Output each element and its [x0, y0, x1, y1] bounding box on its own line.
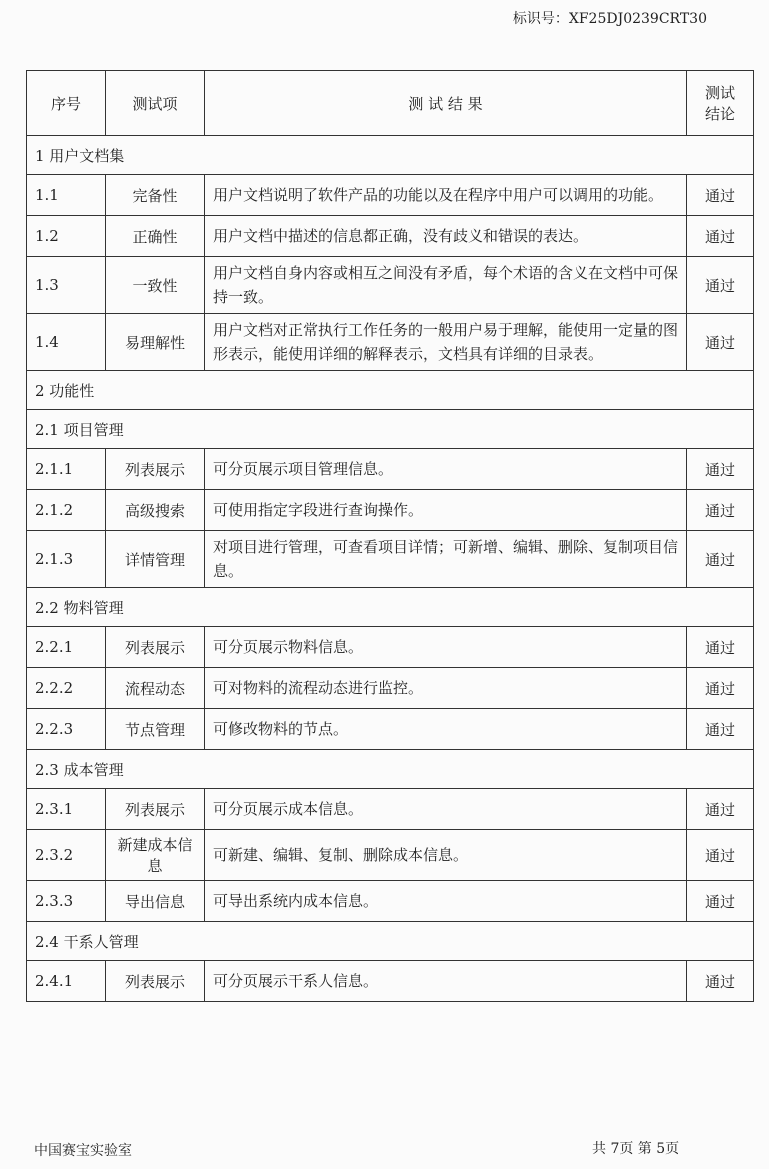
table-row: 2.3.3 导出信息 可导出系统内成本信息。 通过: [27, 881, 754, 922]
col-no-header: 序号: [27, 71, 106, 136]
row-result: 对项目进行管理，可查看项目详情；可新增、编辑、删除、复制项目信息。: [205, 531, 687, 588]
row-conclusion: 通过: [687, 668, 754, 709]
row-no: 2.2.1: [27, 627, 106, 668]
table-row: 2.2.3 节点管理 可修改物料的节点。 通过: [27, 709, 754, 750]
section-row: 2.3 成本管理: [27, 750, 754, 789]
row-result: 用户文档自身内容或相互之间没有矛盾，每个术语的含义在文档中可保持一致。: [205, 257, 687, 314]
col-result-header: 测 试 结 果: [205, 71, 687, 136]
footer-page-number: 共 7页 第 5页: [592, 1138, 679, 1158]
section-title: 2.4 干系人管理: [27, 922, 754, 961]
section-title: 2 功能性: [27, 371, 754, 410]
section-row: 2 功能性: [27, 371, 754, 410]
row-result: 用户文档中描述的信息都正确，没有歧义和错误的表达。: [205, 216, 687, 257]
row-item: 新建成本信息: [106, 830, 205, 881]
row-result: 可使用指定字段进行查询操作。: [205, 490, 687, 531]
row-no: 2.3.1: [27, 789, 106, 830]
row-result: 可分页展示成本信息。: [205, 789, 687, 830]
row-result: 可分页展示物料信息。: [205, 627, 687, 668]
section-row: 2.4 干系人管理: [27, 922, 754, 961]
row-item: 列表展示: [106, 789, 205, 830]
row-no: 2.3.2: [27, 830, 106, 881]
row-conclusion: 通过: [687, 449, 754, 490]
row-no: 2.1.3: [27, 531, 106, 588]
row-item: 正确性: [106, 216, 205, 257]
row-item: 列表展示: [106, 961, 205, 1002]
row-conclusion: 通过: [687, 175, 754, 216]
section-title: 1 用户文档集: [27, 136, 754, 175]
row-result: 可分页展示干系人信息。: [205, 961, 687, 1002]
row-no: 2.4.1: [27, 961, 106, 1002]
row-item: 详情管理: [106, 531, 205, 588]
table-row: 1.2 正确性 用户文档中描述的信息都正确，没有歧义和错误的表达。 通过: [27, 216, 754, 257]
row-conclusion: 通过: [687, 961, 754, 1002]
col-conclusion-header: 测试结论: [687, 71, 754, 136]
row-conclusion: 通过: [687, 314, 754, 371]
table-row: 2.4.1 列表展示 可分页展示干系人信息。 通过: [27, 961, 754, 1002]
row-no: 1.2: [27, 216, 106, 257]
row-no: 2.1.2: [27, 490, 106, 531]
row-conclusion: 通过: [687, 881, 754, 922]
row-conclusion: 通过: [687, 627, 754, 668]
test-results-table: 序号 测试项 测 试 结 果 测试结论 1 用户文档集1.1 完备性 用户文档说…: [26, 70, 754, 1002]
row-no: 1.4: [27, 314, 106, 371]
row-conclusion: 通过: [687, 257, 754, 314]
row-item: 完备性: [106, 175, 205, 216]
row-item: 列表展示: [106, 627, 205, 668]
col-item-header: 测试项: [106, 71, 205, 136]
row-no: 1.1: [27, 175, 106, 216]
table-row: 2.3.2 新建成本信息 可新建、编辑、复制、删除成本信息。 通过: [27, 830, 754, 881]
table-row: 2.1.1 列表展示 可分页展示项目管理信息。 通过: [27, 449, 754, 490]
footer-lab-name: 中国赛宝实验室: [34, 1140, 132, 1160]
row-result: 可导出系统内成本信息。: [205, 881, 687, 922]
table-row: 1.1 完备性 用户文档说明了软件产品的功能以及在程序中用户可以调用的功能。 通…: [27, 175, 754, 216]
row-result: 可对物料的流程动态进行监控。: [205, 668, 687, 709]
section-row: 1 用户文档集: [27, 136, 754, 175]
section-row: 2.1 项目管理: [27, 410, 754, 449]
row-item: 一致性: [106, 257, 205, 314]
row-no: 1.3: [27, 257, 106, 314]
row-conclusion: 通过: [687, 830, 754, 881]
row-result: 用户文档对正常执行工作任务的一般用户易于理解，能使用一定量的图形表示，能使用详细…: [205, 314, 687, 371]
section-title: 2.3 成本管理: [27, 750, 754, 789]
row-item: 导出信息: [106, 881, 205, 922]
table-row: 2.1.2 高级搜索 可使用指定字段进行查询操作。 通过: [27, 490, 754, 531]
row-conclusion: 通过: [687, 789, 754, 830]
table-row: 1.3 一致性 用户文档自身内容或相互之间没有矛盾，每个术语的含义在文档中可保持…: [27, 257, 754, 314]
table-header-row: 序号 测试项 测 试 结 果 测试结论: [27, 71, 754, 136]
row-no: 2.2.3: [27, 709, 106, 750]
row-no: 2.3.3: [27, 881, 106, 922]
table-row: 2.3.1 列表展示 可分页展示成本信息。 通过: [27, 789, 754, 830]
row-result: 用户文档说明了软件产品的功能以及在程序中用户可以调用的功能。: [205, 175, 687, 216]
row-no: 2.2.2: [27, 668, 106, 709]
section-title: 2.1 项目管理: [27, 410, 754, 449]
row-result: 可新建、编辑、复制、删除成本信息。: [205, 830, 687, 881]
row-item: 高级搜索: [106, 490, 205, 531]
row-item: 列表展示: [106, 449, 205, 490]
row-conclusion: 通过: [687, 531, 754, 588]
table-row: 2.2.2 流程动态 可对物料的流程动态进行监控。 通过: [27, 668, 754, 709]
row-conclusion: 通过: [687, 216, 754, 257]
row-item: 易理解性: [106, 314, 205, 371]
row-no: 2.1.1: [27, 449, 106, 490]
row-item: 流程动态: [106, 668, 205, 709]
document-identifier: 标识号：XF25DJ0239CRT30: [513, 8, 707, 28]
row-item: 节点管理: [106, 709, 205, 750]
section-title: 2.2 物料管理: [27, 588, 754, 627]
section-row: 2.2 物料管理: [27, 588, 754, 627]
row-result: 可修改物料的节点。: [205, 709, 687, 750]
row-result: 可分页展示项目管理信息。: [205, 449, 687, 490]
table-row: 2.1.3 详情管理 对项目进行管理，可查看项目详情；可新增、编辑、删除、复制项…: [27, 531, 754, 588]
table-row: 2.2.1 列表展示 可分页展示物料信息。 通过: [27, 627, 754, 668]
row-conclusion: 通过: [687, 709, 754, 750]
row-conclusion: 通过: [687, 490, 754, 531]
table-row: 1.4 易理解性 用户文档对正常执行工作任务的一般用户易于理解，能使用一定量的图…: [27, 314, 754, 371]
